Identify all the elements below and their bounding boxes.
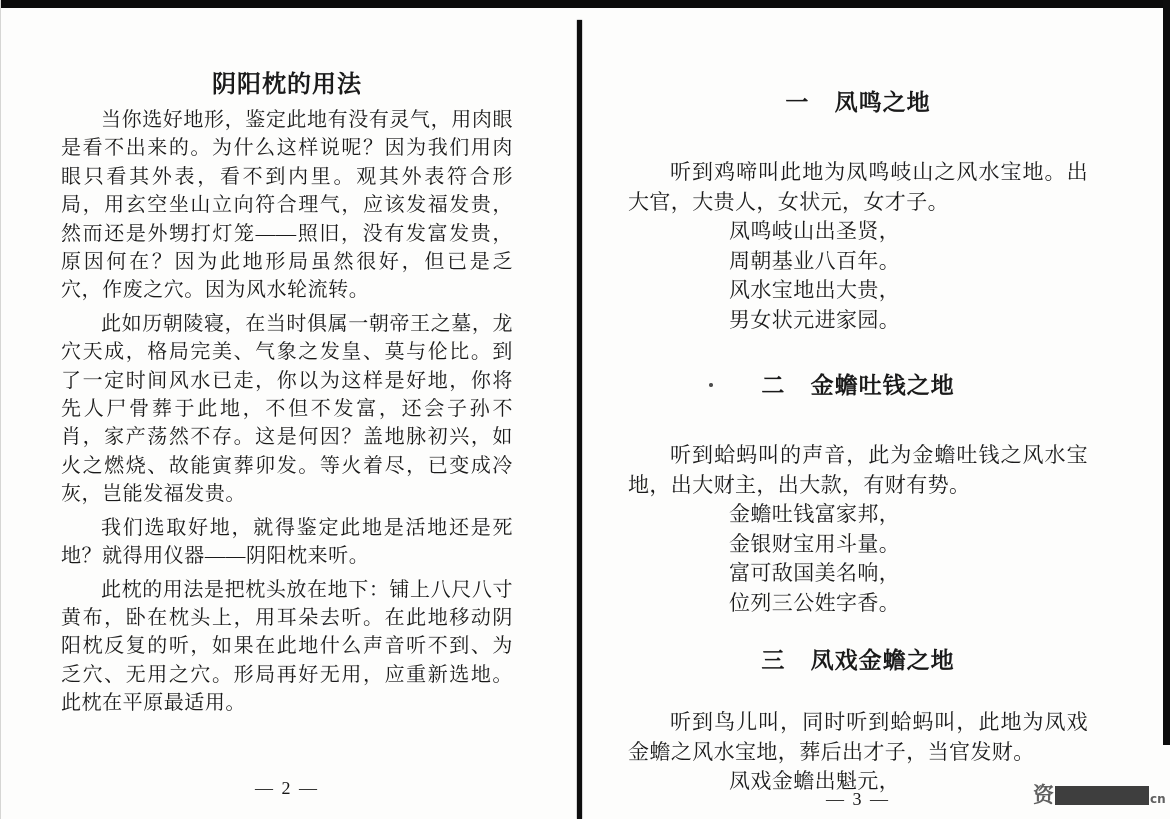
left-page: 阴阳枕的用法 当你选好地形，鉴定此地有没有灵气，用肉眼是看不出来的。为什么这样说… <box>61 68 513 718</box>
paragraph-4: 此枕的用法是把枕头放在地下：铺上八尺八寸黄布，卧在枕头上，用耳朵去听。在此地移动… <box>61 576 513 718</box>
section-paragraph: 听到鸡啼叫此地为凤鸣岐山之风水宝地。出大官，大贵人，女状元，女才子。 <box>628 158 1088 217</box>
page-number-right: — 3 — <box>628 789 1088 810</box>
scan-edge-top <box>0 0 1170 8</box>
page-gutter-divider <box>577 20 582 819</box>
section-paragraph: 听到蛤蚂叫的声音，此为金蟾吐钱之风水宝地，出大财主，出大款，有财有势。 <box>628 441 1088 500</box>
verse-block: 金蟾吐钱富家邦， 金银财宝用斗量。 富可敌国美名响， 位列三公姓字香。 <box>729 500 1088 618</box>
page-number-left: — 2 — <box>61 778 513 799</box>
paragraph-1: 当你选好地形，鉴定此地有没有灵气，用肉眼是看不出来的。为什么这样说呢？因为我们用… <box>61 106 513 305</box>
watermark-prefix: 资 <box>1033 784 1054 806</box>
watermark: 资 cn <box>1033 784 1166 806</box>
section-title: 凤戏金蟾之地 <box>811 648 955 674</box>
scan-edge-right <box>1163 0 1170 745</box>
paragraph-3: 我们选取好地，就得鉴定此地是活地还是死地？就得用仪器——阴阳枕来听。 <box>61 514 513 571</box>
section-title: 金蟾吐钱之地 <box>811 373 955 399</box>
section-heading-1: 一凤鸣之地 <box>628 88 1088 118</box>
page-title: 阴阳枕的用法 <box>61 68 513 100</box>
section-heading-2: 二金蟾吐钱之地 <box>628 371 1088 401</box>
right-page: 一凤鸣之地 听到鸡啼叫此地为凤鸣岐山之风水宝地。出大官，大贵人，女状元，女才子。… <box>628 88 1088 797</box>
paragraph-2: 此如历朝陵寝，在当时俱属一朝帝王之墓，龙穴天成，格局完美、气象之发皇、莫与伦比。… <box>61 310 513 509</box>
verse-block: 凤鸣岐山出圣贤， 周朝基业八百年。 风水宝地出大贵， 男女状元进家园。 <box>729 217 1088 335</box>
section-number: 一 <box>785 90 809 116</box>
section-heading-3: 三凤戏金蟾之地 <box>628 646 1088 676</box>
section-title: 凤鸣之地 <box>835 90 931 116</box>
verse-line: 凤鸣岐山出圣贤， <box>729 217 1088 247</box>
watermark-suffix: cn <box>1150 792 1166 806</box>
verse-line: 金银财宝用斗量。 <box>729 530 1088 560</box>
verse-line: 周朝基业八百年。 <box>729 247 1088 277</box>
verse-line: 富可敌国美名响， <box>729 559 1088 589</box>
scan-edge-left <box>0 0 1 819</box>
section-number: 三 <box>761 648 785 674</box>
verse-line: 男女状元进家园。 <box>729 306 1088 336</box>
watermark-redaction-bar <box>1055 786 1149 805</box>
scanned-book-spread: 阴阳枕的用法 当你选好地形，鉴定此地有没有灵气，用肉眼是看不出来的。为什么这样说… <box>0 0 1170 819</box>
section-number: 二 <box>761 373 785 399</box>
verse-line: 位列三公姓字香。 <box>729 589 1088 619</box>
section-paragraph: 听到鸟儿叫，同时听到蛤蚂叫，此地为凤戏金蟾之风水宝地，葬后出才子，当官发财。 <box>628 708 1088 767</box>
verse-line: 金蟾吐钱富家邦， <box>729 500 1088 530</box>
verse-line: 风水宝地出大贵， <box>729 276 1088 306</box>
